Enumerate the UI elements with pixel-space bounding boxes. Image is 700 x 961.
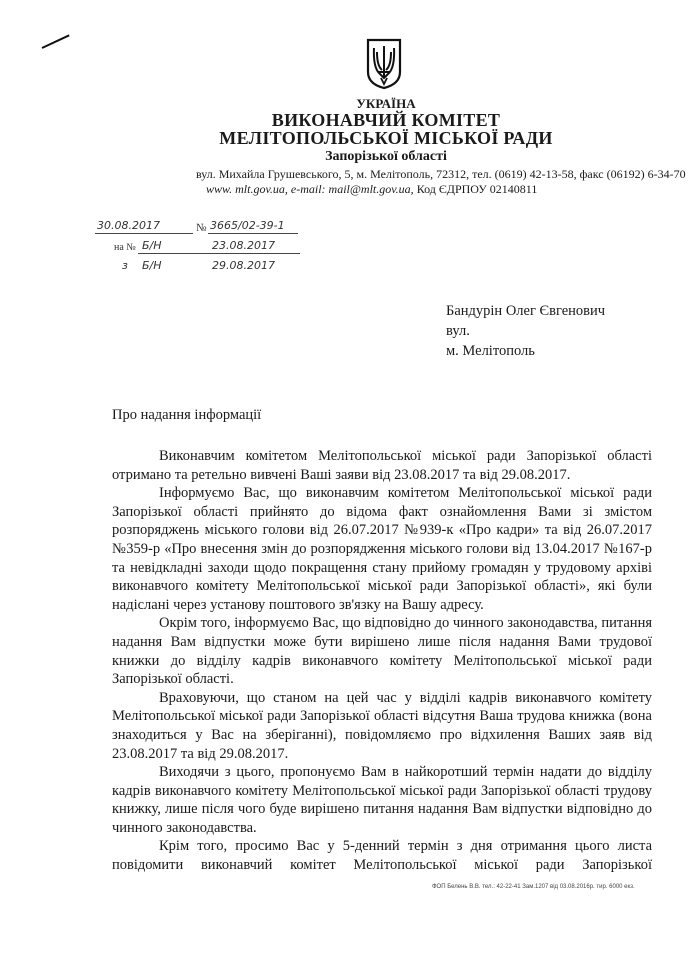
reply-underline	[138, 253, 300, 254]
reg-number: 3665/02-39-1	[210, 219, 285, 232]
recipient-name: Бандурін Олег Євгенович	[446, 301, 605, 321]
reply-number-1: Б/Н	[142, 239, 162, 252]
website-link[interactable]: www. mlt.gov.ua,	[206, 182, 288, 196]
reply-date-2: 29.08.2017	[212, 259, 275, 272]
org-name-line2: МЕЛІТОПОЛЬСЬКОЇ МІСЬКОЇ РАДИ	[36, 128, 700, 149]
reply-label: на №	[114, 242, 136, 253]
region-name: Запорізької області	[36, 149, 700, 165]
printer-imprint: ФОП Белень В.В. тел.: 42-22-41 Зам.1207 …	[432, 884, 635, 890]
letter-subject: Про надання інформації	[112, 407, 261, 424]
trident-emblem-icon	[366, 38, 402, 90]
reply-date-1: 23.08.2017	[212, 239, 275, 252]
recipient-city: м. Мелітополь	[446, 341, 605, 361]
reply-prefix-2: з	[122, 259, 128, 272]
reg-date-underline	[95, 233, 193, 234]
recipient-street: вул.	[446, 321, 605, 341]
edrpou-code: Код ЄДРПОУ 02140811	[417, 182, 538, 196]
reg-number-label: №	[196, 222, 207, 234]
paragraph: Окрім того, інформуємо Вас, що відповідн…	[112, 614, 652, 688]
letter-body: Виконавчим комітетом Мелітопольської міс…	[112, 447, 652, 875]
reg-number-underline	[208, 233, 298, 234]
org-address: вул. Михайла Грушевського, 5, м. Мелітоп…	[196, 167, 686, 182]
paragraph: Враховуючи, що станом на цей час у відді…	[112, 689, 652, 763]
pen-mark	[42, 34, 70, 48]
recipient-block: Бандурін Олег Євгенович вул. м. Мелітопо…	[446, 301, 605, 361]
paragraph: Крім того, просимо Вас у 5-денний термін…	[112, 837, 652, 874]
paragraph: Інформуємо Вас, що виконавчим комітетом …	[112, 484, 652, 614]
paragraph: Виконавчим комітетом Мелітопольської міс…	[112, 447, 652, 484]
org-contacts: www. mlt.gov.ua, e-mail: mail@mlt.gov.ua…	[206, 182, 537, 197]
email-link[interactable]: e-mail: mail@mlt.gov.ua,	[291, 182, 414, 196]
reply-number-2: Б/Н	[142, 259, 162, 272]
paragraph: Виходячи з цього, пропонуємо Вам в найко…	[112, 763, 652, 837]
reg-date: 30.08.2017	[97, 219, 160, 232]
